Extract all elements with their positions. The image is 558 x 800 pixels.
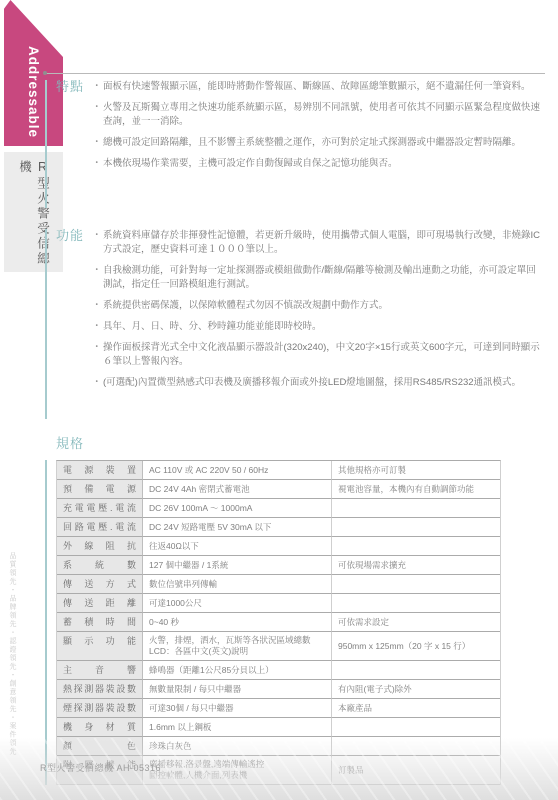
spec-label: 回路電壓.電流 [57, 518, 143, 537]
specs-heading: 規格 [56, 433, 545, 452]
spec-label: 煙探測器裝設數 [57, 699, 143, 718]
spec-note [331, 518, 500, 537]
spec-note: 有內阻(電子式)除外 [331, 680, 500, 699]
functions-heading: 功能 [56, 229, 86, 419]
spec-note: 可依需求設定 [331, 613, 500, 632]
function-item: ・操作面板採背光式全中文化液晶顯示器設計(320x240)，中文20字×15行或… [92, 341, 545, 369]
functions-list: ・系統資料庫儲存於非揮發性記憶體，若更新升級時，使用攜帶式個人電腦，即可現場執行… [86, 229, 545, 419]
spec-label: 預備電源 [57, 480, 143, 499]
addressable-label: Addressable [26, 46, 41, 146]
function-item: ・系統提供密碼保護，以保障軟體程式勿因不慎誤改規劃中動作方式。 [92, 299, 545, 313]
bullet-dot-icon: ・ [92, 264, 103, 292]
feature-item: ・本機依現場作業需要，主機可設定作自動復歸或自保之記憶功能與否。 [92, 157, 545, 171]
feature-item: ・面板有快速警報顯示區，能即時將動作警報區、斷線區、故障區總筆數顯示，絕不遺漏任… [92, 80, 545, 94]
spec-value: 蜂鳴器（距離1公尺85分貝以上） [143, 661, 331, 680]
function-item: ・(可選配)內置微型熱感式印表機及廣播移報介面或外接LED燈地圖盤，採用RS48… [92, 376, 545, 390]
spec-label: 蓄積時間 [57, 613, 143, 632]
spec-value: 數位信號串列傳輸 [143, 575, 331, 594]
features-heading: 特點 [56, 80, 86, 208]
spec-note [331, 575, 500, 594]
feature-text: 面板有快速警報顯示區，能即時將動作警報區、斷線區、故障區總筆數顯示，絕不遺漏任何… [103, 80, 531, 94]
spec-note: 可依現場需求擴充 [331, 556, 500, 575]
spec-value: 往返40Ω以下 [143, 537, 331, 556]
spec-value: DC 26V 100mA ～ 1000mA [143, 499, 331, 518]
spec-note: 視電池容量，本機內有自動調節功能 [331, 480, 500, 499]
spec-label: 電源裝置 [57, 461, 143, 480]
spec-note [331, 499, 500, 518]
spec-note: 950mm x 125mm（20 字 x 15 行） [331, 632, 500, 661]
spec-value: 1.6mm 以上鋼板 [143, 718, 331, 737]
feature-text: 本機依現場作業需要，主機可設定作自動復歸或自保之記憶功能與否。 [103, 157, 398, 171]
spec-label: 主音響 [57, 661, 143, 680]
spec-label: 傳送方式 [57, 575, 143, 594]
functions-section: 功能 ・系統資料庫儲存於非揮發性記憶體，若更新升級時，使用攜帶式個人電腦，即可現… [45, 229, 545, 419]
bullet-dot-icon: ・ [92, 101, 103, 129]
spec-note: 本廠產品 [331, 699, 500, 718]
feature-item: ・總機可設定回路隔離，且不影響主系統整體之運作，亦可對於定址式探測器或中繼器設定… [92, 136, 545, 150]
bullet-dot-icon: ・ [92, 80, 103, 94]
function-text: 具年、月、日、時、分、秒時鐘功能並能即時校時。 [103, 320, 322, 334]
feature-item: ・火警及瓦斯獨立專用之快速功能系統顯示區，易辨別不同訊號，使用者可依其不同顯示區… [92, 101, 545, 129]
spec-label: 機身材質 [57, 718, 143, 737]
function-text: 操作面板採背光式全中文化液晶顯示器設計(320x240)，中文20字×15行或英… [103, 341, 545, 369]
bullet-dot-icon: ・ [92, 136, 103, 150]
spec-label: 傳送距離 [57, 594, 143, 613]
bullet-dot-icon: ・ [92, 299, 103, 313]
spec-label: 熱探測器裝設數 [57, 680, 143, 699]
spec-value: 無數量限制 / 每只中繼器 [143, 680, 331, 699]
bullet-dot-icon: ・ [92, 157, 103, 171]
specs-section: 電源裝置 AC 110V 或 AC 220V 50 / 60Hz 其他規格亦可訂… [45, 460, 545, 785]
features-section: 特點 ・面板有快速警報顯示區，能即時將動作警報區、斷線區、故障區總筆數顯示，絕不… [45, 80, 545, 208]
spec-note: 其他規格亦可訂製 [331, 461, 500, 480]
spec-label: 顯示功能 [57, 632, 143, 661]
function-text: 自我檢測功能，可針對每一定址探測器或模組做動作/斷線/隔離等檢測及輸出連動之功能… [103, 264, 545, 292]
function-item: ・系統資料庫儲存於非揮發性記憶體，若更新升級時，使用攜帶式個人電腦，即可現場執行… [92, 229, 545, 257]
bullet-dot-icon: ・ [92, 376, 103, 390]
spec-note [331, 537, 500, 556]
feature-text: 火警及瓦斯獨立專用之快速功能系統顯示區，易辨別不同訊號，使用者可依其不同顯示區緊… [103, 101, 545, 129]
spec-value: AC 110V 或 AC 220V 50 / 60Hz [143, 461, 331, 480]
spec-label: 充電電壓.電流 [57, 499, 143, 518]
top-divider-line [44, 73, 545, 74]
spec-value: 火警，排煙，洒水，瓦斯等各狀況區域總數 LCD：各區中文(英文)說明 [143, 632, 331, 661]
content-area: 特點 ・面板有快速警報顯示區，能即時將動作警報區、斷線區、故障區總筆數顯示，絕不… [45, 80, 545, 785]
function-text: (可選配)內置微型熱感式印表機及廣播移報介面或外接LED燈地圖盤，採用RS485… [103, 376, 521, 390]
footer-model-text: R型火警受信總機 AH-05316 [40, 761, 161, 774]
spec-note [331, 661, 500, 680]
features-list: ・面板有快速警報顯示區，能即時將動作警報區、斷線區、故障區總筆數顯示，絕不遺漏任… [86, 80, 545, 208]
feature-text: 總機可設定回路隔離，且不影響主系統整體之運作，亦可對於定址式探測器或中繼器設定暫… [103, 136, 521, 150]
spec-value: 可達30個 / 每只中繼器 [143, 699, 331, 718]
spec-value: 127 個中繼器 / 1系統 [143, 556, 331, 575]
bullet-dot-icon: ・ [92, 229, 103, 257]
function-item: ・具年、月、日、時、分、秒時鐘功能並能即時校時。 [92, 320, 545, 334]
spec-note [331, 718, 500, 737]
spec-value: 0~40 秒 [143, 613, 331, 632]
spec-value: DC 24V 4Ah 密閉式蓄電池 [143, 480, 331, 499]
function-text: 系統提供密碼保護，以保障軟體程式勿因不慎誤改規劃中動作方式。 [103, 299, 388, 313]
spec-value: 可達1000公尺 [143, 594, 331, 613]
spec-label: 外線阻抗 [57, 537, 143, 556]
spec-value: DC 24V 短路電壓 5V 30mA 以下 [143, 518, 331, 537]
spec-table: 電源裝置 AC 110V 或 AC 220V 50 / 60Hz 其他規格亦可訂… [56, 460, 501, 785]
spec-note [331, 594, 500, 613]
bullet-dot-icon: ・ [92, 320, 103, 334]
function-text: 系統資料庫儲存於非揮發性記憶體，若更新升級時，使用攜帶式個人電腦，即可現場執行改… [103, 229, 545, 257]
function-item: ・自我檢測功能，可針對每一定址探測器或模組做動作/斷線/隔離等檢測及輸出連動之功… [92, 264, 545, 292]
bullet-dot-icon: ・ [92, 341, 103, 369]
spec-label: 系統數 [57, 556, 143, 575]
